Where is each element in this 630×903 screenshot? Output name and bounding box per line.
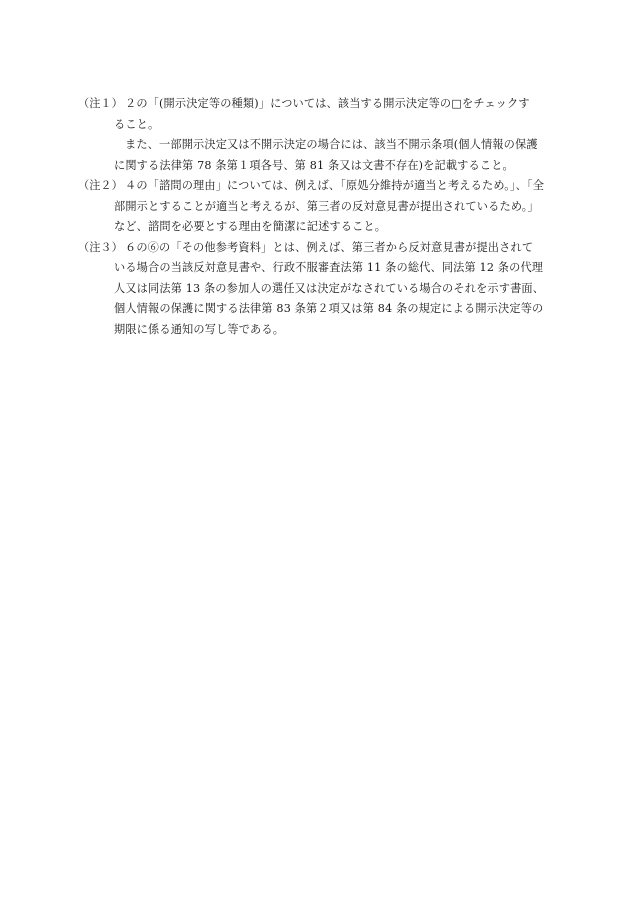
note-body: ２の「(開示決定等の種類)」については、該当する開示決定等の□をチェックす るこ… bbox=[114, 94, 556, 176]
note-line: ６の⑥の「その他参考資料」とは、例えば、第三者から反対意見書が提出されて bbox=[114, 238, 556, 259]
note-body: ６の⑥の「その他参考資料」とは、例えば、第三者から反対意見書が提出されて いる場… bbox=[114, 238, 556, 341]
note-line: 期限に係る通知の写し等である。 bbox=[114, 320, 556, 341]
note-label: （注３） bbox=[78, 238, 114, 259]
note-1: （注１） ２の「(開示決定等の種類)」については、該当する開示決定等の□をチェッ… bbox=[78, 94, 556, 176]
note-line: ること。 bbox=[114, 115, 556, 136]
note-line: 人又は同法第 13 条の参加人の選任又は決定がなされている場合のそれを示す書面、 bbox=[114, 279, 556, 300]
note-line: に関する法律第 78 条第１項各号、第 81 条又は文書不存在)を記載すること。 bbox=[114, 156, 556, 177]
document-page: （注１） ２の「(開示決定等の種類)」については、該当する開示決定等の□をチェッ… bbox=[0, 0, 630, 903]
note-line: ２の「(開示決定等の種類)」については、該当する開示決定等の□をチェックす bbox=[114, 94, 556, 115]
note-label: （注２） bbox=[78, 176, 114, 197]
note-line: また、一部開示決定又は不開示決定の場合には、該当不開示条項(個人情報の保護 bbox=[114, 135, 556, 156]
note-line: ４の「諮問の理由」については、例えば、「原処分維持が適当と考えるため。」、「全 bbox=[114, 176, 556, 197]
note-line: いる場合の当該反対意見書や、行政不服審査法第 11 条の総代、同法第 12 条の… bbox=[114, 258, 556, 279]
note-line: 個人情報の保護に関する法律第 83 条第２項又は第 84 条の規定による開示決定… bbox=[114, 299, 556, 320]
note-line: 部開示とすることが適当と考えるが、第三者の反対意見書が提出されているため。」 bbox=[114, 197, 556, 218]
note-label: （注１） bbox=[78, 94, 114, 115]
note-body: ４の「諮問の理由」については、例えば、「原処分維持が適当と考えるため。」、「全 … bbox=[114, 176, 556, 238]
notes-section: （注１） ２の「(開示決定等の種類)」については、該当する開示決定等の□をチェッ… bbox=[78, 94, 556, 340]
note-3: （注３） ６の⑥の「その他参考資料」とは、例えば、第三者から反対意見書が提出され… bbox=[78, 238, 556, 341]
note-2: （注２） ４の「諮問の理由」については、例えば、「原処分維持が適当と考えるため。… bbox=[78, 176, 556, 238]
note-line: など、諮問を必要とする理由を簡潔に記述すること。 bbox=[114, 217, 556, 238]
